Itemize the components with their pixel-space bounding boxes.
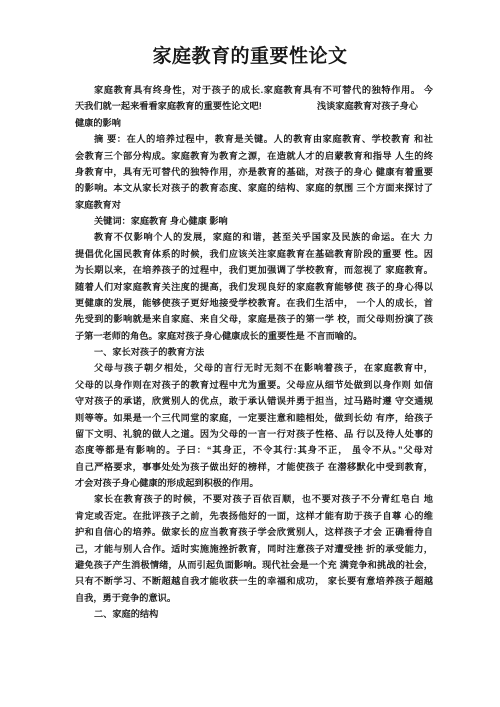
text-line: 二、家庭的结构 — [75, 606, 433, 622]
text-line: 父母与孩子朝夕相处，父母的言行无时无刻不在影响着孩子，在家庭教育中， — [75, 360, 433, 376]
document-title: 家庭教育的重要性论文 — [0, 44, 500, 70]
text-line: 更健康的发展，能够使孩子更好地接受学校教育。在我们生活中， 一个人的成长，首 — [75, 295, 433, 311]
text-line: 护和自信心的培养。做家长的应当教育孩子学会欣赏别人，这样孩子才会 正确看待自 — [75, 524, 433, 540]
text-line: 家庭教育对 — [75, 197, 433, 213]
text-line: 自己严格要求，事事处处为孩子做出好的榜样，才能使孩子 在潜移默化中受到教育， — [75, 459, 433, 475]
text-line: 身教育中，具有无可替代的独特作用，亦是教育的基础，对孩子的身心 健康有着重要 — [75, 164, 433, 180]
text-line: 提倡优化国民教育体系的时候，我们应该关注家庭教育在基础教育阶段的重要 性。因 — [75, 246, 433, 262]
document-body: 家庭教育具有终身性，对于孩子的成长.家庭教育具有不可替代的独特作用。 今天我们就… — [75, 82, 433, 622]
text-line: 避免孩子产生消极情绪，从而引起负面影响。现代社会是一个充 满竞争和挑战的社会， — [75, 557, 433, 573]
text-line: 健康的影响 — [75, 115, 433, 131]
text-line: 一、家长对孩子的教育方法 — [75, 344, 433, 360]
text-line: 子第一老师的角色。家庭对孩子身心健康成长的重要性是 不言而喻的。 — [75, 328, 433, 344]
text-line: 肯定或否定。在批评孩子之前，先表扬他好的一面，这样才能有助于孩子自尊 心的维 — [75, 508, 433, 524]
text-line: 态度等都是有影响的。子曰：“其身正，不令其行:其身不正， 虽令不从。”父母对 — [75, 442, 433, 458]
text-line: 随着人们对家庭教育关注度的提高，我们发现良好的家庭教育能够使 孩子的身心得以 — [75, 279, 433, 295]
text-line: 家长在教育孩子的时候，不要对孩子百依百顺，也不要对孩子不分青红皂白 地 — [75, 491, 433, 507]
text-line: 才会对孩子身心健康的形成起到积极的作用。 — [75, 475, 433, 491]
text-line: 先受到的影响就是来自家庭、来自父母，家庭是孩子的第一学 校，而父母则扮演了孩 — [75, 311, 433, 327]
text-line: 关键词：家庭教育 身心健康 影响 — [75, 213, 433, 229]
text-line: 留下文明、礼貌的做人之道。因为父母的一言一行对孩子性格、品 行以及待人处事的 — [75, 426, 433, 442]
text-line: 只有不断学习、不断超越自我才能收获一生的幸福和成功， 家长要有意培养孩子超越 — [75, 573, 433, 589]
text-line: 则等等。如果是一个三代同堂的家庭，一定要注意和睦相处，做到长幼 有序，给孩子 — [75, 410, 433, 426]
text-line: 的影响。本文从家长对孩子的教育态度、家庭的结构、家庭的氛围 三个方面来探讨了 — [75, 180, 433, 196]
text-line: 天我们就一起来看看家庭教育的重要性论文吧! 浅谈家庭教育对孩子身心 — [75, 98, 433, 114]
text-line: 父母的以身作则在对孩子的教育过程中尤为重要。父母应从细节处做到以身作则 如信 — [75, 377, 433, 393]
text-line: 摘 要：在人的培养过程中，教育是关键。人的教育由家庭教育、学校教育 和社 — [75, 131, 433, 147]
text-line: 家庭教育具有终身性，对于孩子的成长.家庭教育具有不可替代的独特作用。 今 — [75, 82, 433, 98]
text-line: 己，才能与别人合作。适时实施施挫折教育，同时注意孩子对遭受挫 折的承受能力， — [75, 541, 433, 557]
text-line: 为长期以来，在培养孩子的过程中，我们更加强调了学校教育，而忽视了 家庭教育。 — [75, 262, 433, 278]
text-line: 教育不仅影响个人的发展，家庭的和谐，甚至关乎国家及民族的命运。在大 力 — [75, 229, 433, 245]
document-page: 家庭教育的重要性论文 家庭教育具有终身性，对于孩子的成长.家庭教育具有不可替代的… — [0, 0, 500, 707]
text-line: 守对孩子的承诺，欣赏别人的优点，敢于承认错误并勇于担当，过马路时遵 守交通规 — [75, 393, 433, 409]
text-line: 自我，勇于竞争的意识。 — [75, 590, 433, 606]
text-line: 会教育三个部分构成。家庭教育为教育之源，在造就人才的启蒙教育和指导 人生的终 — [75, 148, 433, 164]
